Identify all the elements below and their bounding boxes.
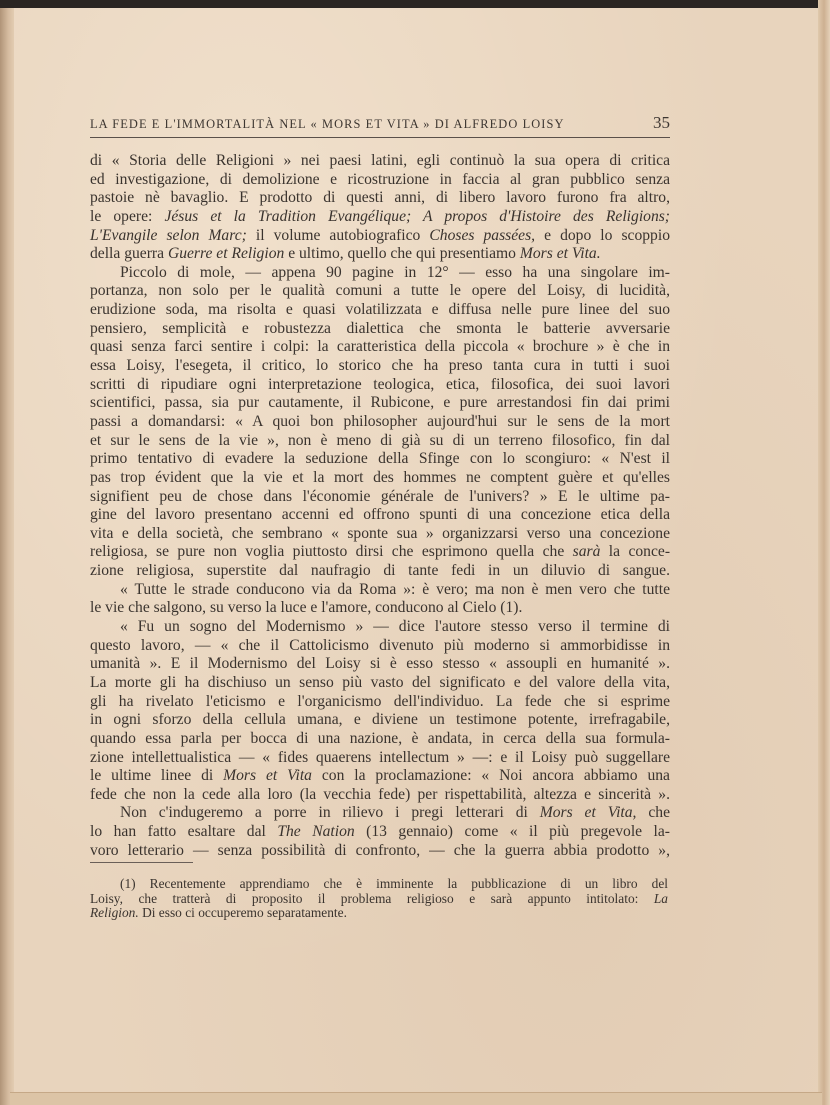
- text-run: voro letterario — senza possibilità di c…: [90, 842, 670, 859]
- text-run: quasi senza farci sentire i colpi: la ca…: [90, 338, 670, 355]
- text-run: primo tentativo di evadere la seduzione …: [90, 450, 670, 467]
- footnote: (1) Recentemente apprendiamo che è immin…: [90, 877, 668, 921]
- text-run: della guerra: [90, 245, 168, 262]
- body-line: quando essa parla per bocca di una nazio…: [90, 730, 670, 749]
- text-run: signifient peu de chose dans l'économie …: [90, 488, 670, 505]
- text-run: questo lavoro, — « che il Cattolicismo d…: [90, 637, 670, 654]
- body-line: zione religiosa, superstite dal naufragi…: [90, 562, 670, 581]
- body-line: erudizione soda, ma risolta e quasi vola…: [90, 301, 670, 320]
- body-line: le opere: Jésus et la Tradition Evangéli…: [90, 208, 670, 227]
- text-run: con la proclamazione: « Noi ancora abbia…: [312, 767, 670, 784]
- text-run: religiosa, se pure non voglia piuttosto …: [90, 543, 573, 560]
- header-rule: [90, 137, 670, 138]
- italic-title: Jésus et la Tradition Evangélique; A pro…: [164, 208, 670, 225]
- body-line: le vie che salgono, su verso la luce e l…: [90, 599, 670, 618]
- italic-title: sarà: [573, 543, 601, 560]
- body-line: religiosa, se pure non voglia piuttosto …: [90, 543, 670, 562]
- text-run: portanza, non solo per le qualità comuni…: [90, 282, 670, 299]
- text-run: le opere:: [90, 208, 164, 225]
- page-gutter-shadow: [0, 8, 14, 1105]
- text-run: Non c'indugeremo a porre in rilievo i pr…: [120, 804, 540, 821]
- body-line: voro letterario — senza possibilità di c…: [90, 842, 670, 861]
- body-line: fede che non la cede alla loro (la vecch…: [90, 786, 670, 805]
- text-run: la conce-: [600, 543, 670, 560]
- text-run: vita e della società, che sembrano « spo…: [90, 525, 670, 542]
- italic-title: The Nation: [277, 823, 354, 840]
- body-line: Piccolo di mole, — appena 90 pagine in 1…: [90, 264, 670, 283]
- running-head: La fede e l'immortalità nel « Mors et Vi…: [90, 113, 670, 133]
- footnote-line: (1) Recentemente apprendiamo che è immin…: [90, 877, 668, 892]
- text-run: fede che non la cede alla loro (la vecch…: [90, 786, 670, 803]
- text-run: e ultimo, quello che qui presentiamo: [284, 245, 520, 262]
- body-line: umanità ». E il Modernismo del Loisy si …: [90, 655, 670, 674]
- text-run: Loisy, che tratterà di proposito il prob…: [90, 891, 654, 906]
- text-run: che: [636, 804, 670, 821]
- text-run: scientifici, passa, sia pur cautamente, …: [90, 394, 670, 411]
- text-run: zione religiosa, superstite dal naufragi…: [90, 562, 670, 579]
- text-run: et sur le sens de la vie », non è meno d…: [90, 432, 670, 449]
- text-run: pas trop évident que la vie et la mort d…: [90, 469, 670, 486]
- body-line: scritti di ripudiare ogni interpretazion…: [90, 376, 670, 395]
- text-run: di « Storia delle Religioni » nei paesi …: [90, 152, 670, 169]
- body-line: pas trop évident que la vie et la mort d…: [90, 469, 670, 488]
- italic-title: Choses passées,: [429, 227, 535, 244]
- body-line: « Fu un sogno del Modernismo » — dice l'…: [90, 618, 670, 637]
- footnote-line: Loisy, che tratterà di proposito il prob…: [90, 892, 668, 907]
- footnote-separator: [90, 862, 193, 863]
- text-run: « Fu un sogno del Modernismo » — dice l'…: [120, 618, 670, 635]
- body-line: « Tutte le strade conducono via da Roma …: [90, 581, 670, 600]
- body-line: primo tentativo di evadere la seduzione …: [90, 450, 670, 469]
- body-text: di « Storia delle Religioni » nei paesi …: [90, 152, 670, 860]
- body-line: questo lavoro, — « che il Cattolicismo d…: [90, 637, 670, 656]
- text-run: pastoie nè bavaglio. E prodotto di quest…: [90, 189, 670, 206]
- body-line: gine del lavoro presentano accenni ed of…: [90, 506, 670, 525]
- text-run: essa Loisy, l'esegeta, il critico, lo st…: [90, 357, 670, 374]
- page-right-edge: [818, 0, 830, 1105]
- page-number: 35: [653, 113, 670, 133]
- body-line: scientifici, passa, sia pur cautamente, …: [90, 394, 670, 413]
- italic-title: Religion.: [90, 905, 139, 920]
- italic-title: La: [654, 891, 668, 906]
- body-line: La morte gli ha dischiuso un senso più v…: [90, 674, 670, 693]
- text-run: Piccolo di mole, — appena 90 pagine in 1…: [120, 264, 670, 281]
- body-line: Non c'indugeremo a porre in rilievo i pr…: [90, 804, 670, 823]
- italic-title: Mors et Vita: [223, 767, 312, 784]
- text-run: le vie che salgono, su verso la luce e l…: [90, 599, 522, 616]
- text-run: erudizione soda, ma risolta e quasi vola…: [90, 301, 670, 318]
- body-line: gli ha rivelato l'eticismo e l'organicis…: [90, 693, 670, 712]
- body-line: vita e della società, che sembrano « spo…: [90, 525, 670, 544]
- text-run: ed investigazione, di demolizione e rico…: [90, 171, 670, 188]
- footnote-line: Religion. Di esso ci occuperemo separata…: [90, 906, 668, 921]
- body-line: essa Loisy, l'esegeta, il critico, lo st…: [90, 357, 670, 376]
- text-run: pensiero, semplicità e robustezza dialet…: [90, 320, 670, 337]
- text-run: e dopo lo scoppio: [535, 227, 670, 244]
- body-line: pensiero, semplicità e robustezza dialet…: [90, 320, 670, 339]
- body-line: della guerra Guerre et Religion e ultimo…: [90, 245, 670, 264]
- italic-title: Mors et Vita,: [540, 804, 637, 821]
- text-run: le ultime linee di: [90, 767, 223, 784]
- body-line: pastoie nè bavaglio. E prodotto di quest…: [90, 189, 670, 208]
- text-run: gine del lavoro presentano accenni ed of…: [90, 506, 670, 523]
- text-run: La morte gli ha dischiuso un senso più v…: [90, 674, 670, 691]
- body-line: et sur le sens de la vie », non è meno d…: [90, 432, 670, 451]
- text-run: il volume autobiografico: [247, 227, 430, 244]
- body-line: signifient peu de chose dans l'économie …: [90, 488, 670, 507]
- text-run: Di esso ci occuperemo separatamente.: [139, 905, 347, 920]
- text-run: zione intellettualistica — « fides quaer…: [90, 749, 670, 766]
- body-line: zione intellettualistica — « fides quaer…: [90, 749, 670, 768]
- body-line: quasi senza farci sentire i colpi: la ca…: [90, 338, 670, 357]
- text-run: lo han fatto esaltare dal: [90, 823, 277, 840]
- text-run: gli ha rivelato l'eticismo e l'organicis…: [90, 693, 670, 710]
- text-run: « Tutte le strade conducono via da Roma …: [120, 581, 670, 598]
- text-run: scritti di ripudiare ogni interpretazion…: [90, 376, 670, 393]
- italic-title: Mors et Vita.: [520, 245, 601, 262]
- body-line: passi a domandarsi: « A quoi bon philoso…: [90, 413, 670, 432]
- body-line: in ogni sforzo della cellula umana, e di…: [90, 711, 670, 730]
- text-run: passi a domandarsi: « A quoi bon philoso…: [90, 413, 670, 430]
- body-line: le ultime linee di Mors et Vita con la p…: [90, 767, 670, 786]
- body-line: di « Storia delle Religioni » nei paesi …: [90, 152, 670, 171]
- italic-title: Guerre et Religion: [168, 245, 284, 262]
- body-line: lo han fatto esaltare dal The Nation (13…: [90, 823, 670, 842]
- text-run: (1) Recentemente apprendiamo che è immin…: [120, 876, 668, 891]
- running-head-title: La fede e l'immortalità nel « Mors et Vi…: [90, 117, 565, 132]
- text-run: (13 gennaio) come « il più pregevole la-: [355, 823, 670, 840]
- body-line: portanza, non solo per le qualità comuni…: [90, 282, 670, 301]
- italic-title: L'Evangile selon Marc;: [90, 227, 247, 244]
- body-line: ed investigazione, di demolizione e rico…: [90, 171, 670, 190]
- text-run: quando essa parla per bocca di una nazio…: [90, 730, 670, 747]
- text-run: in ogni sforzo della cellula umana, e di…: [90, 711, 670, 728]
- page-bottom-edge: [10, 1092, 822, 1105]
- text-run: umanità ». E il Modernismo del Loisy si …: [90, 655, 670, 672]
- body-line: L'Evangile selon Marc; il volume autobio…: [90, 227, 670, 246]
